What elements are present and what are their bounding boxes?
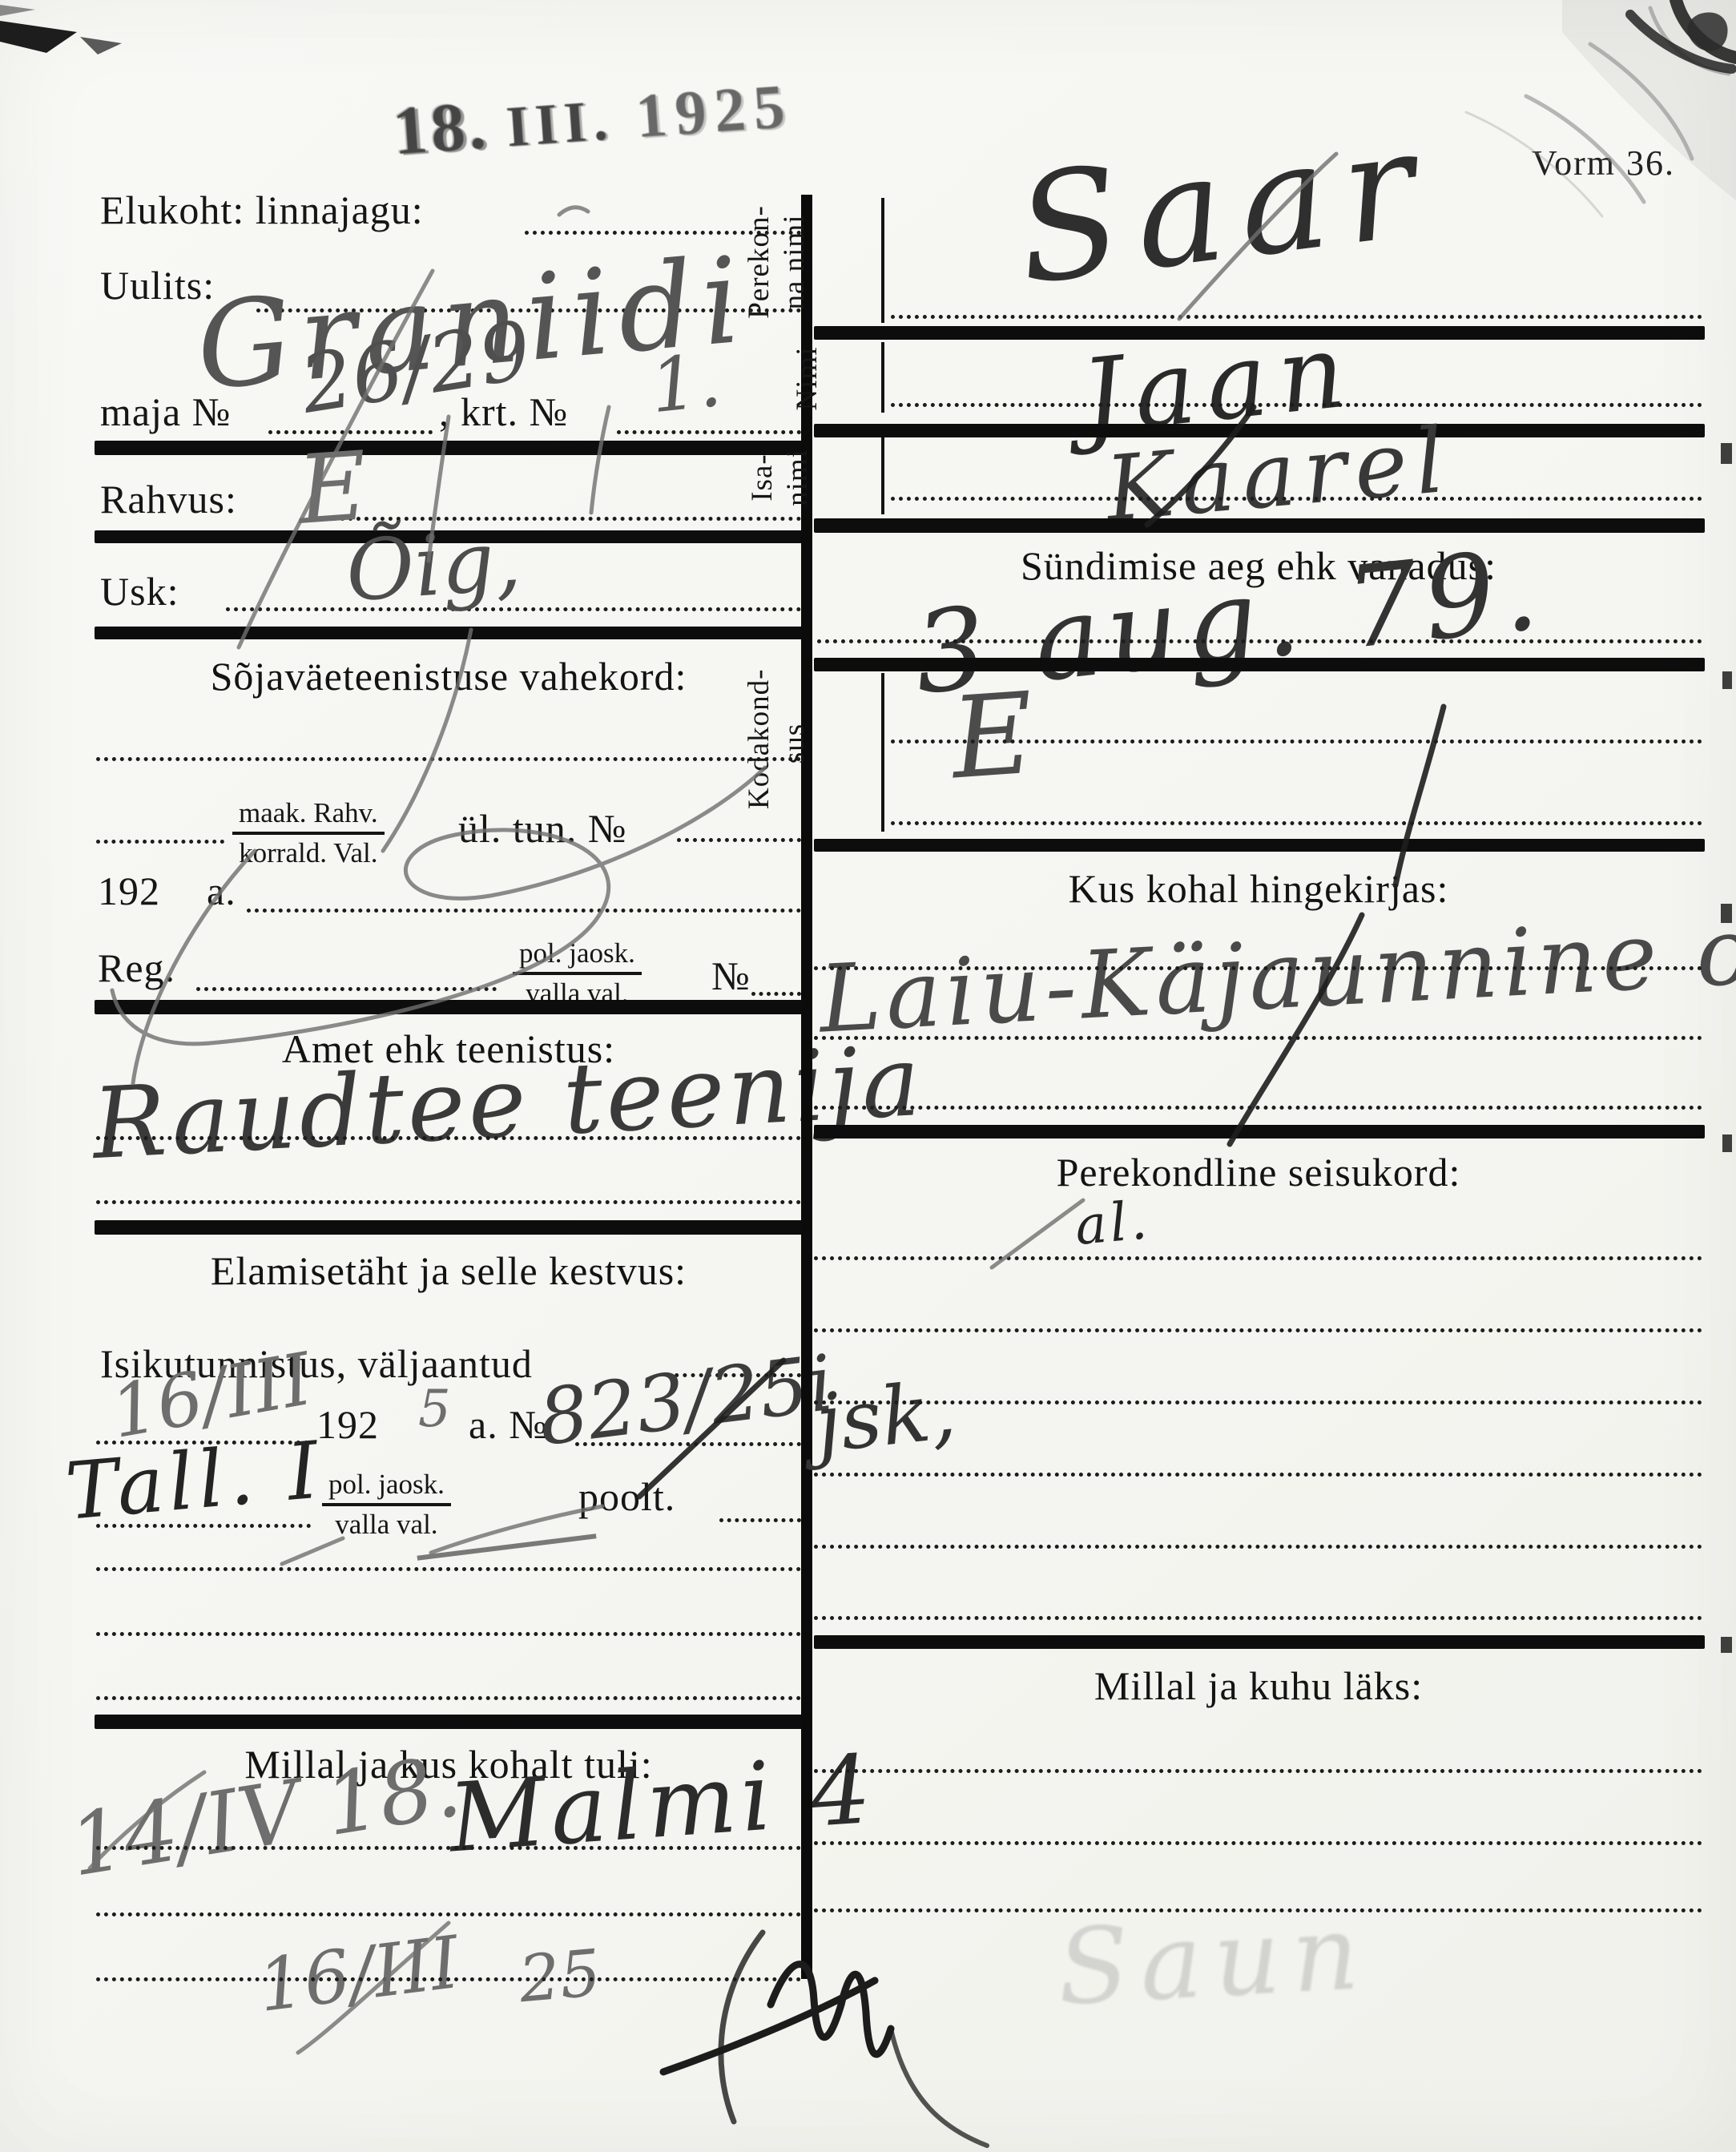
dotted-line [814, 1769, 1702, 1773]
dotted-line [677, 838, 801, 842]
field-value-usk: Õig, [343, 511, 524, 621]
vertical-label-isanimi-line1: Isa- [745, 441, 780, 514]
dotted-line [247, 909, 801, 913]
field-value-bottom-year: 25 [516, 1936, 604, 2017]
linnajagu-tick [559, 208, 588, 215]
dotted-line [751, 992, 801, 996]
dotted-line [814, 1841, 1702, 1845]
dotted-line [196, 987, 497, 991]
field-label-pol-jaosk: pol. jaosk. valla val. [513, 937, 642, 1010]
field-label-pol-jaosk2-top: pol. jaosk. [322, 1469, 451, 1506]
dotted-line [814, 966, 1702, 970]
field-label-maak-rahv-top: maak. Rahv. [232, 797, 385, 835]
vertical-label-nimi: Nimi [825, 345, 873, 413]
signature-flourish [663, 1932, 987, 2146]
field-value-perekonnanimi: Saar [1009, 95, 1440, 317]
field-label-usk: Usk: [100, 570, 179, 613]
dotted-line [96, 1200, 801, 1204]
label-divider [881, 198, 884, 323]
dotted-line [96, 1524, 311, 1528]
dotted-line [96, 1632, 801, 1636]
field-label-isik-a-no: a. № [469, 1404, 548, 1446]
vertical-label-perekonnanimi-line2: na nimi [777, 202, 812, 322]
field-value-isik-year: 5 [418, 1380, 451, 1439]
label-divider [881, 437, 884, 514]
vertical-label-perekonnanimi-line1: Perekon- [742, 202, 777, 322]
vertical-label-perekonnanimi: Perekon- na nimi [812, 202, 883, 322]
field-label-maak-rahv: maak. Rahv. korrald. Val. [232, 797, 385, 870]
field-label-no: № [711, 955, 751, 997]
field-label-rahvus: Rahvus: [100, 478, 237, 521]
dotted-line [719, 1518, 801, 1522]
field-label-maja: maja № [100, 391, 231, 433]
field-label-pol-jaosk-top: pol. jaosk. [513, 937, 642, 975]
field-value-bottom-date: 16/III [254, 1920, 464, 2029]
dotted-line [891, 403, 1702, 407]
dotted-line [814, 1400, 1702, 1404]
registration-card-page: 18. III. 1925 Vorm 36. Elukoht: linnajag… [0, 0, 1736, 2152]
dotted-line [96, 1136, 801, 1140]
section-heading-perekondline: Perekondline seisukord: [814, 1151, 1703, 1194]
field-value-hingekirjas: Laiu-Käjaunnine o [816, 897, 1736, 1054]
field-label-poolt: poolt. [578, 1476, 675, 1518]
edge-marks-top-left [0, 5, 122, 54]
stamp-month: III. [504, 87, 615, 159]
section-heading-elamisetaht: Elamisetäht ja selle kestvus: [96, 1250, 801, 1292]
separator-bar [95, 1715, 804, 1729]
vertical-label-kodakondsus: Kodakond- sus [812, 678, 880, 809]
dotted-line [96, 1912, 801, 1916]
field-label-pol-jaosk-2: pol. jaosk. valla val. [322, 1469, 451, 1541]
field-label-isik-192: 192 [316, 1404, 379, 1446]
dotted-line [814, 1328, 1702, 1332]
separator-bar [95, 1220, 803, 1235]
field-label-elukoht: Elukoht: linnajagu: [100, 189, 424, 232]
field-label-a: a. [207, 870, 236, 913]
separator-bar [814, 1125, 1705, 1138]
separator-bar [95, 627, 803, 639]
dotted-line [814, 1545, 1702, 1549]
dotted-line [96, 757, 801, 761]
field-label-pol-jaosk2-bottom: valla val. [322, 1506, 451, 1541]
dotted-line [96, 1846, 801, 1850]
separator-bar [814, 1635, 1705, 1649]
label-divider [881, 673, 884, 832]
separator-bar [814, 839, 1705, 852]
vertical-label-isanimi: Isa- nimi [816, 441, 880, 514]
field-label-reg: Reg. [98, 947, 175, 989]
section-heading-hingekirjas: Kus kohal hingekirjas: [814, 868, 1703, 910]
dotted-line [891, 821, 1702, 825]
dotted-line [814, 1616, 1702, 1620]
dotted-line [814, 1036, 1702, 1040]
dotted-line [96, 1567, 801, 1571]
dotted-line [814, 1256, 1702, 1260]
field-value-kodakondsus: E [947, 669, 1037, 805]
section-heading-millal-laks: Millal ja kuhu läks: [814, 1665, 1703, 1707]
section-heading-sojavaeteenistus: Sõjaväeteenistuse vahekord: [96, 655, 801, 698]
stamp-year: 1925 [634, 71, 795, 151]
separator-bar [95, 441, 803, 455]
ghost-bleedthrough-text: Saun [1054, 1891, 1372, 2029]
vertical-label-isanimi-line2: nimi [780, 441, 816, 514]
dotted-line [891, 497, 1702, 501]
vertical-label-kodakondsus-line1: Kodakond- [742, 678, 777, 809]
dotted-line [814, 1473, 1702, 1477]
date-stamp: 18. III. 1925 [390, 63, 795, 171]
edge-marks-right [1721, 443, 1732, 1653]
separator-bar [95, 1000, 803, 1014]
stamp-day: 18. [390, 86, 491, 169]
crumpled-corner [1466, 0, 1736, 216]
dotted-line [96, 840, 224, 844]
field-value-isik-no-cont: jsk, [811, 1363, 960, 1471]
field-label-ul-tun: ül. tun. № [458, 808, 627, 850]
separator-bar [814, 518, 1705, 533]
field-value-krt: 1. [646, 337, 725, 430]
field-value-perekondline: al. [1073, 1189, 1153, 1257]
label-divider [881, 342, 884, 413]
dotted-line [96, 1696, 801, 1700]
vertical-label-nimi-text: Nimi [790, 345, 825, 413]
vertical-label-kodakondsus-line2: sus [777, 678, 812, 809]
field-label-maak-rahv-bottom: korrald. Val. [232, 835, 385, 869]
dotted-line [817, 639, 1702, 643]
dotted-line [617, 430, 801, 434]
form-code: Vorm 36. [1532, 143, 1675, 183]
dotted-line [814, 1106, 1702, 1110]
dotted-line [891, 739, 1702, 744]
separator-bar [814, 658, 1705, 671]
dotted-line [96, 1977, 801, 1981]
field-label-192: 192 [98, 870, 160, 913]
